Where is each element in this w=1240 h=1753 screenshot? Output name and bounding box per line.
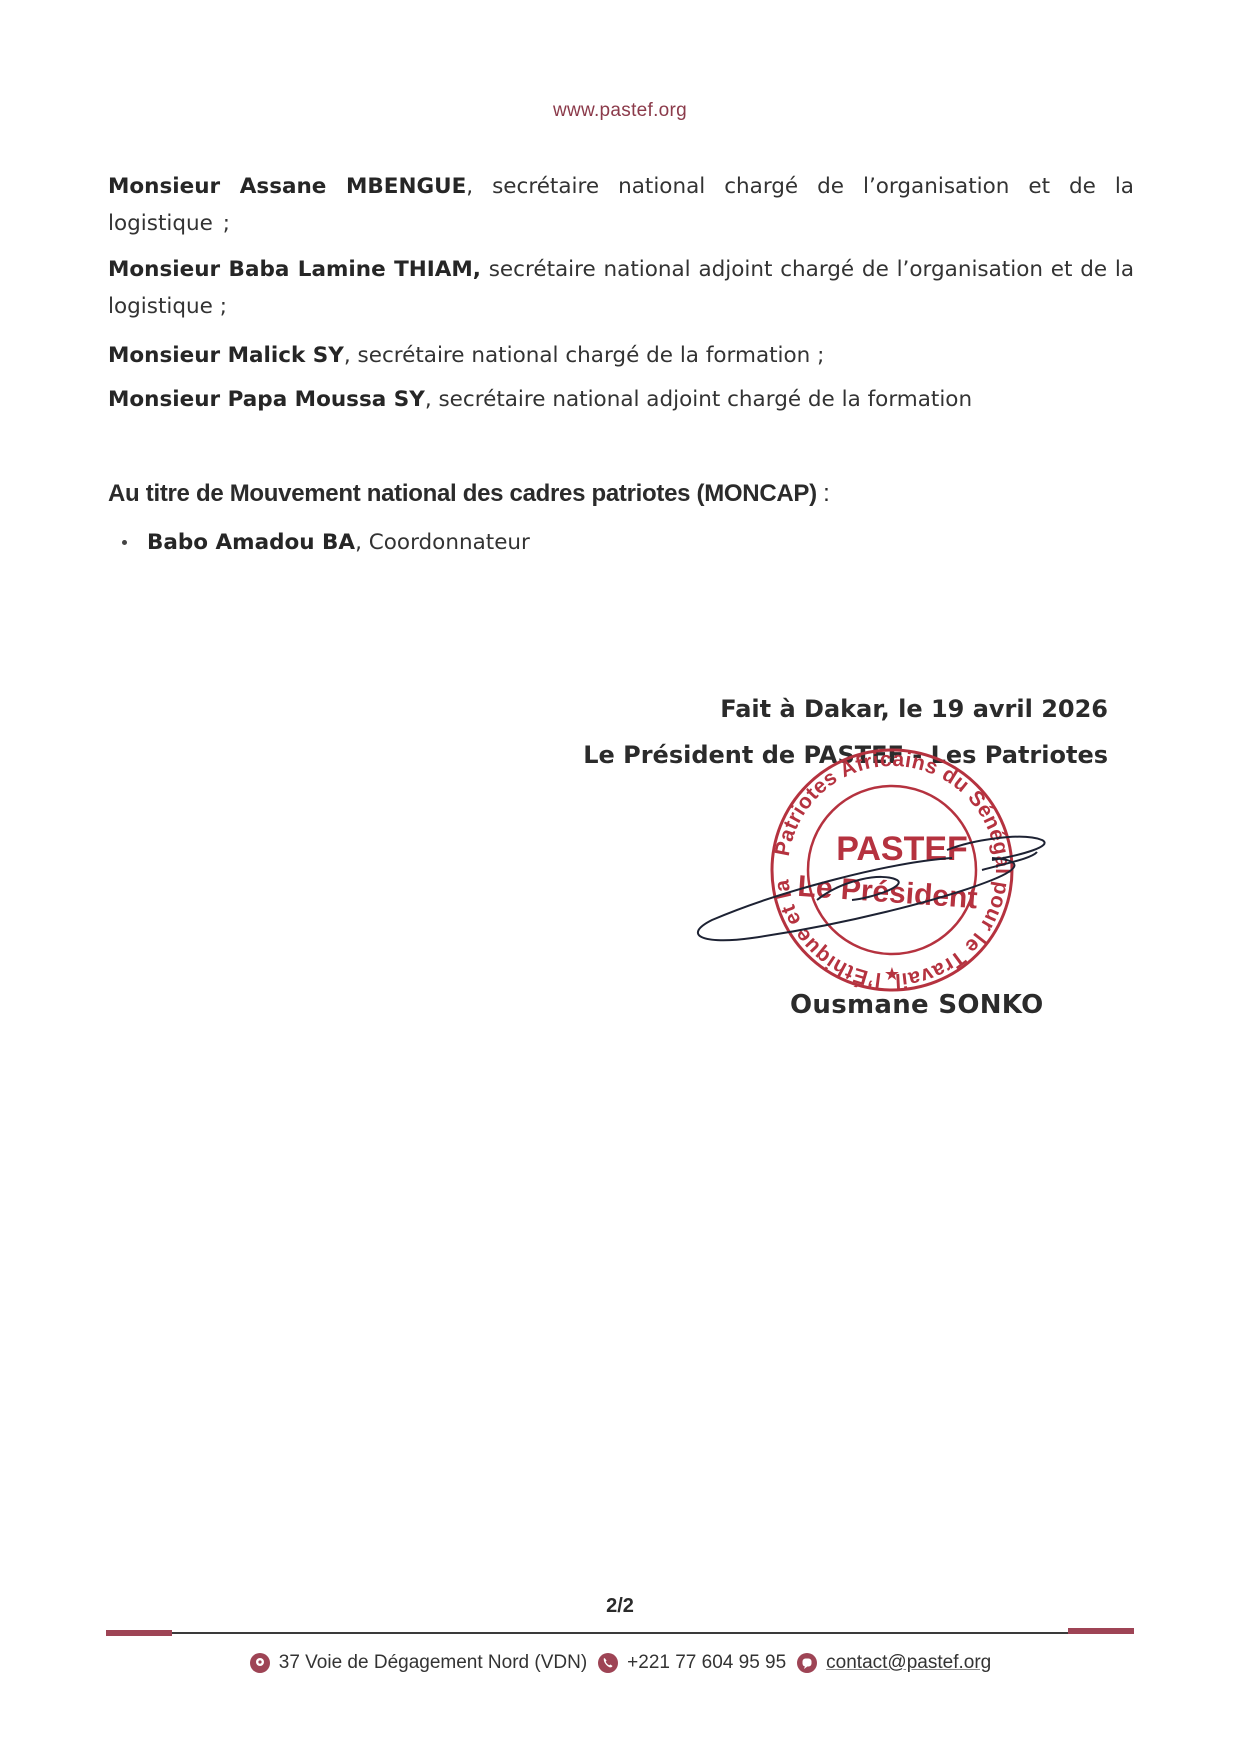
header-website-url: www.pastef.org	[0, 100, 1240, 122]
footer-address: 37 Voie de Dégagement Nord (VDN)	[249, 1652, 587, 1674]
chat-bubble-icon	[796, 1652, 818, 1674]
member-entry: Monsieur Malick SY, secrétaire national …	[108, 337, 1134, 374]
section-heading: Au titre de Mouvement national des cadre…	[108, 480, 830, 508]
phone-icon	[597, 1652, 619, 1674]
email-link[interactable]: contact@pastef.org	[826, 1652, 991, 1674]
signatory-name: Ousmane SONKO	[790, 990, 1044, 1020]
stamp-star-icon: ★	[884, 964, 900, 985]
member-name: Monsieur Assane MBENGUE	[108, 174, 466, 199]
address-text: 37 Voie de Dégagement Nord (VDN)	[279, 1652, 587, 1674]
member-entry: Monsieur Papa Moussa SY, secrétaire nati…	[108, 381, 1134, 418]
phone-text: +221 77 604 95 95	[627, 1652, 786, 1674]
footer-email[interactable]: contact@pastef.org	[796, 1652, 991, 1674]
bullet-icon	[122, 540, 127, 545]
page-number: 2/2	[0, 1595, 1240, 1618]
list-item-role: , Coordonnateur	[355, 530, 530, 555]
footer-divider-accent-left	[106, 1630, 172, 1636]
member-entry: Monsieur Assane MBENGUE, secrétaire nati…	[108, 168, 1134, 242]
member-role: , secrétaire national adjoint chargé de …	[425, 387, 972, 412]
member-entry: Monsieur Baba Lamine THIAM, secrétaire n…	[108, 251, 1134, 325]
section-heading-text: Au titre de Mouvement national des cadre…	[108, 480, 817, 507]
location-pin-icon	[249, 1652, 271, 1674]
footer-divider	[106, 1632, 1132, 1634]
list-item: Babo Amadou BA, Coordonnateur	[122, 530, 530, 555]
member-name: Monsieur Papa Moussa SY	[108, 387, 425, 412]
member-name: Monsieur Baba Lamine THIAM,	[108, 257, 481, 282]
place-date: Fait à Dakar, le 19 avril 2026	[583, 686, 1108, 732]
official-stamp-icon: Patriotes Africains du Sénégal pour le T…	[692, 740, 1092, 1000]
list-item-name: Babo Amadou BA	[147, 530, 355, 555]
member-name: Monsieur Malick SY	[108, 343, 344, 368]
section-heading-colon: :	[817, 480, 830, 507]
footer-phone: +221 77 604 95 95	[597, 1652, 786, 1674]
footer-contact-bar: 37 Voie de Dégagement Nord (VDN) +221 77…	[0, 1652, 1240, 1674]
footer-divider-accent-right	[1068, 1628, 1134, 1634]
member-role: , secrétaire national chargé de la forma…	[344, 343, 825, 368]
